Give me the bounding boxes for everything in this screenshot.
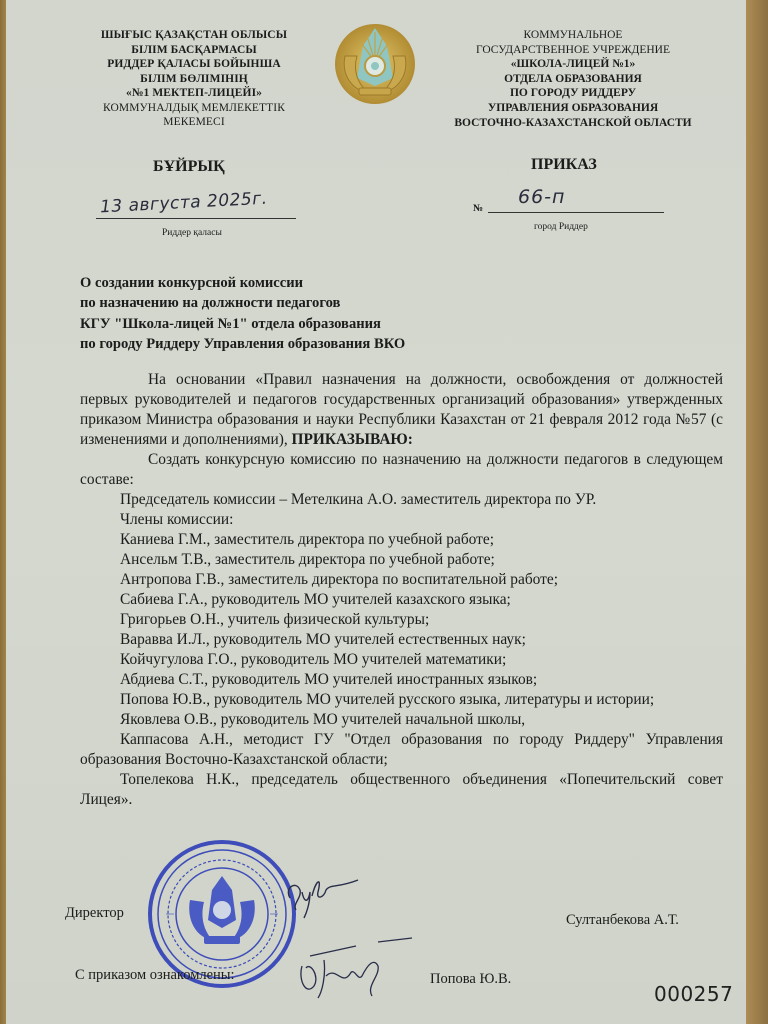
header-line: ШЫҒЫС ҚАЗАҚСТАН ОБЛЫСЫ	[74, 28, 314, 43]
director-signature-icon	[282, 870, 362, 920]
chairman-line: Председатель комиссии – Метелкина А.О. з…	[80, 490, 723, 510]
subject-line: КГУ "Школа-лицей №1" отдела образования	[80, 314, 405, 334]
city-russian: город Риддер	[534, 222, 588, 232]
member-item: Койчугулова Г.О., руководитель МО учител…	[80, 650, 723, 670]
serial-number: 000257	[654, 982, 733, 1006]
header-line: ПО ГОРОДУ РИДДЕРУ	[428, 86, 718, 101]
header-line: МЕКЕМЕСІ	[74, 115, 314, 130]
directive-paragraph: Создать конкурсную комиссию по назначени…	[80, 450, 723, 490]
acknowledgement-signature-icon	[296, 936, 416, 1021]
order-title-kazakh: БҰЙРЫҚ	[153, 158, 225, 176]
header-line: КОММУНАЛЬНОЕ	[428, 28, 718, 43]
date-underline	[96, 218, 296, 219]
header-kazakh: ШЫҒЫС ҚАЗАҚСТАН ОБЛЫСЫ БІЛІМ БАСҚАРМАСЫ …	[74, 28, 314, 130]
member-item: Антропова Г.В., заместитель директора по…	[80, 570, 723, 590]
director-label: Директор	[65, 905, 124, 922]
member-item: Абдиева С.Т., руководитель МО учителей и…	[80, 670, 723, 690]
state-emblem-icon	[327, 16, 423, 112]
header-line: БІЛІМ БАСҚАРМАСЫ	[74, 43, 314, 58]
member-item: Ансельм Т.В., заместитель директора по у…	[80, 550, 723, 570]
member-item: Варавва И.Л., руководитель МО учителей е…	[80, 630, 723, 650]
order-word: ПРИКАЗЫВАЮ:	[292, 431, 413, 448]
header-line: «№1 МЕКТЕП-ЛИЦЕЙІ»	[74, 86, 314, 101]
member-item: Топелекова Н.К., председатель общественн…	[80, 770, 723, 810]
order-body: На основании «Правил назначения на должн…	[80, 370, 723, 810]
acknowledged-label: С приказом ознакомлены:	[75, 967, 235, 984]
director-name: Султанбекова А.Т.	[566, 912, 679, 929]
desk-edge-left	[0, 0, 7, 1024]
acknowledged-name: Попова Ю.В.	[430, 971, 511, 988]
header-line: БІЛІМ БӨЛІМІНІҢ	[74, 72, 314, 87]
header-line: ГОСУДАРСТВЕННОЕ УЧРЕЖДЕНИЕ	[428, 43, 718, 58]
header-line: КОММУНАЛДЫҚ МЕМЛЕКЕТТІК	[74, 101, 314, 116]
header-line: ВОСТОЧНО-КАЗАХСТАНСКОЙ ОБЛАСТИ	[428, 116, 718, 131]
subject-line: по городу Риддеру Управления образования…	[80, 334, 405, 354]
order-subject: О создании конкурсной комиссии по назнач…	[80, 273, 405, 355]
number-underline	[488, 212, 664, 213]
header-line: ОТДЕЛА ОБРАЗОВАНИЯ	[428, 72, 718, 87]
member-item: Сабиева Г.А., руководитель МО учителей к…	[80, 590, 723, 610]
header-line: УПРАВЛЕНИЯ ОБРАЗОВАНИЯ	[428, 101, 718, 116]
header-russian: КОММУНАЛЬНОЕ ГОСУДАРСТВЕННОЕ УЧРЕЖДЕНИЕ …	[428, 28, 718, 130]
member-item: Каппасова А.Н., методист ГУ "Отдел образ…	[80, 730, 723, 770]
header-line: РИДДЕР ҚАЛАСЫ БОЙЫНША	[74, 57, 314, 72]
subject-line: по назначению на должности педагогов	[80, 293, 405, 313]
member-item: Яковлева О.В., руководитель МО учителей …	[80, 710, 723, 730]
subject-line: О создании конкурсной комиссии	[80, 273, 405, 293]
member-item: Попова Ю.В., руководитель МО учителей ру…	[80, 690, 723, 710]
member-item: Григорьев О.Н., учитель физической культ…	[80, 610, 723, 630]
members-label: Члены комиссии:	[80, 510, 723, 530]
preamble-paragraph: На основании «Правил назначения на должн…	[80, 370, 723, 450]
number-label: №	[473, 203, 483, 214]
order-title-russian: ПРИКАЗ	[531, 156, 597, 174]
city-kazakh: Риддер қаласы	[162, 228, 222, 238]
header-line: «ШКОЛА-ЛИЦЕЙ №1»	[428, 57, 718, 72]
member-item: Каниева Г.М., заместитель директора по у…	[80, 530, 723, 550]
order-number-handwritten: 66-п	[518, 186, 565, 208]
